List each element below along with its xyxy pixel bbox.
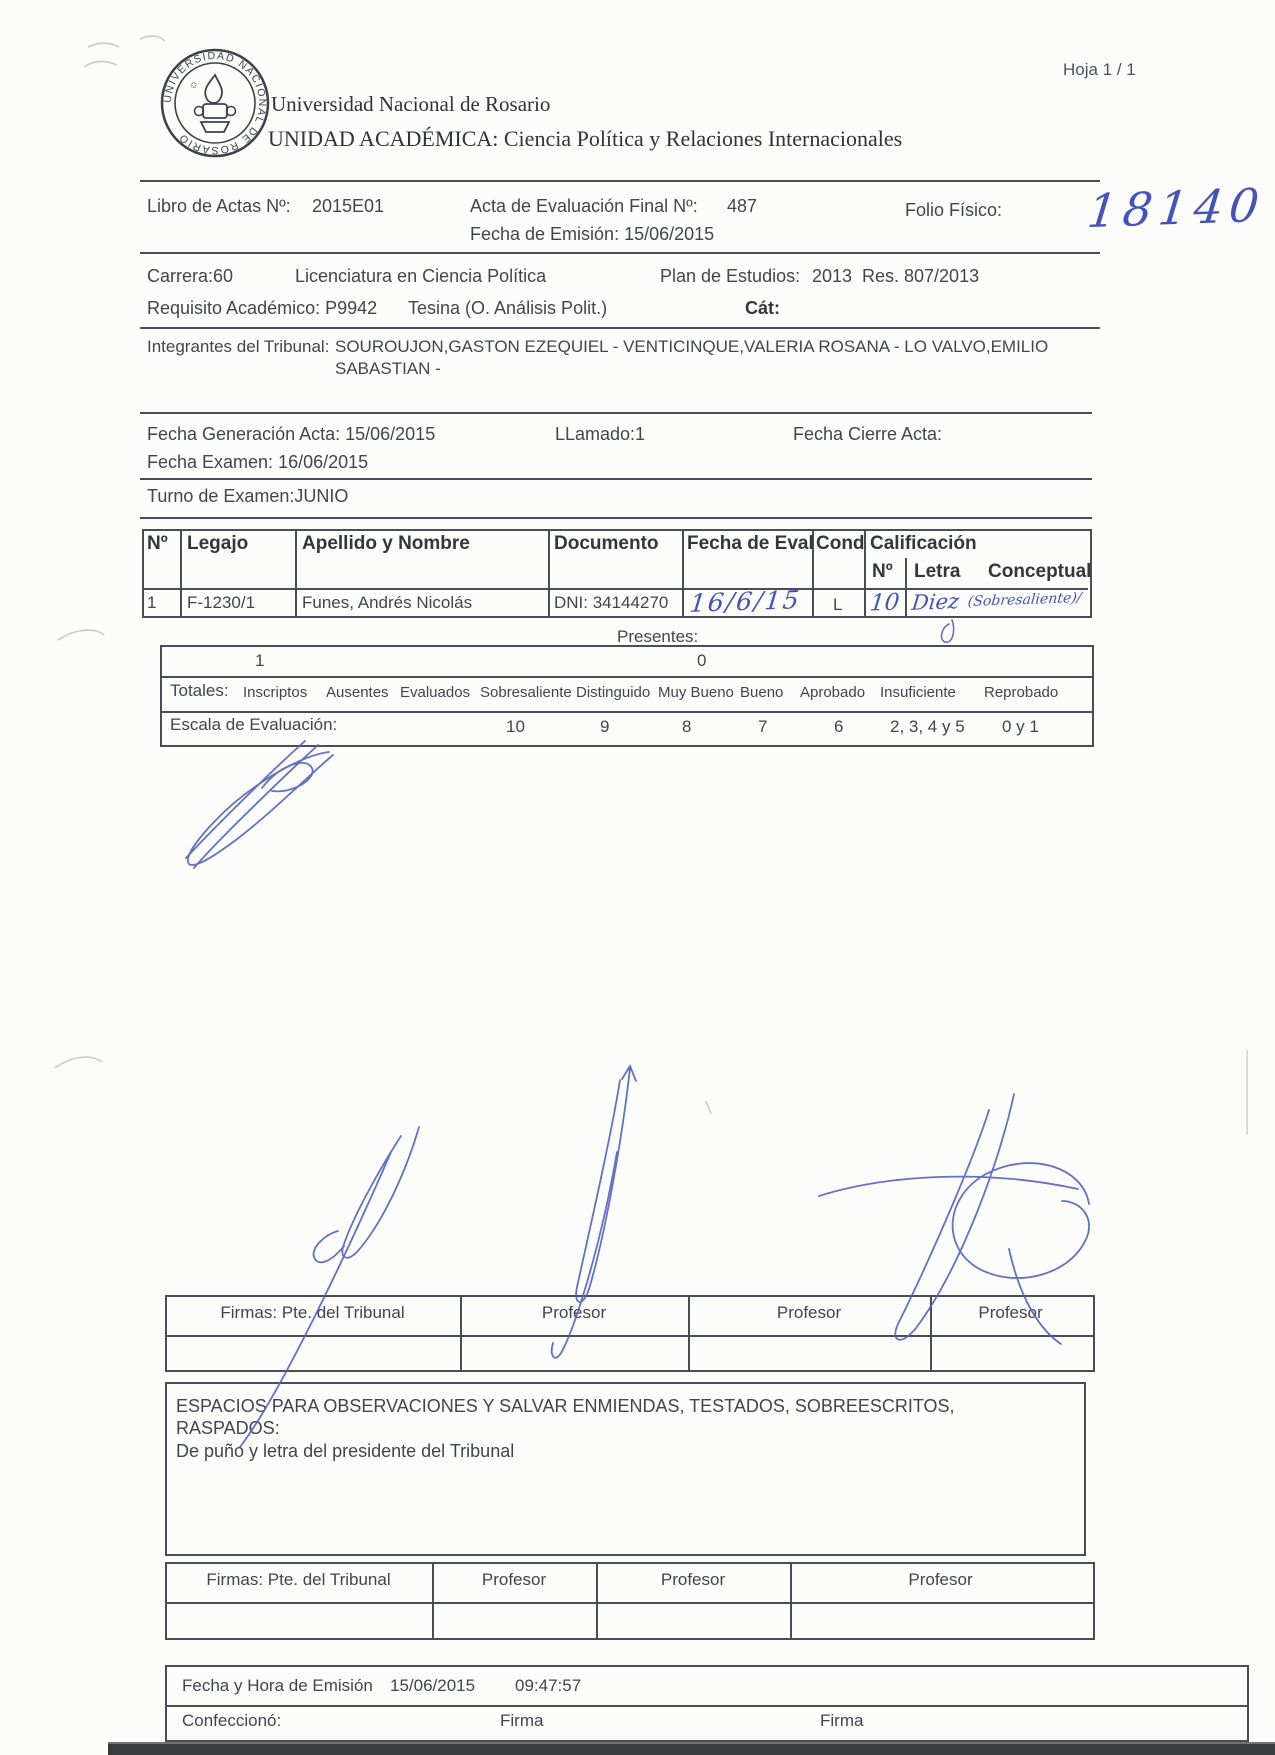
signature-stroke — [819, 1177, 1078, 1196]
totals-row-divider — [160, 711, 1092, 713]
categoria-reprobado: Reprobado — [984, 684, 1058, 701]
escala-7: 7 — [758, 717, 767, 737]
col-header-calificacion: Calificación — [870, 533, 977, 555]
libro-actas-value: 2015E01 — [312, 196, 384, 217]
confecciono-label: Confeccionó: — [182, 1711, 281, 1731]
plan-estudios-label: Plan de Estudios: — [660, 266, 800, 287]
separator-line — [140, 252, 1100, 254]
separator-line — [140, 517, 1092, 519]
firmas-table-1-divider — [165, 1335, 1093, 1337]
signature-stroke — [342, 1127, 419, 1258]
col-header-legajo: Legajo — [187, 533, 248, 555]
row-n: 1 — [147, 593, 156, 613]
fecha-hora-emision-label: Fecha y Hora de Emisión — [182, 1676, 373, 1696]
footer-divider — [165, 1705, 1247, 1707]
firmas1-profesor-label: Profesor — [688, 1303, 930, 1323]
firmas2-profesor-label: Profesor — [596, 1570, 790, 1590]
pencil-mark — [58, 630, 104, 640]
pencil-mark — [706, 1101, 711, 1114]
fecha-cierre: Fecha Cierre Acta: — [793, 424, 942, 445]
pencil-mark — [88, 43, 119, 47]
handwriting-loop — [942, 620, 954, 642]
unr-logo-seal: UNIVERSIDAD NACIONAL DE ROSARIO ✩ — [158, 44, 272, 162]
scanned-acta-document: UNIVERSIDAD NACIONAL DE ROSARIO ✩ Univer… — [0, 0, 1275, 1755]
llamado: LLamado:1 — [555, 424, 645, 445]
catedra-label: Cát: — [745, 298, 780, 319]
tribunal-members-line1: SOUROUJON,GASTON EZEQUIEL - VENTICINQUE,… — [335, 337, 1048, 357]
firmas1-pte-label: Firmas: Pte. del Tribunal — [165, 1303, 460, 1323]
separator-line — [140, 327, 1100, 329]
page-counter: Hoja 1 / 1 — [1063, 60, 1136, 80]
col-header-cond: Cond — [816, 533, 865, 555]
presentes-count: 0 — [697, 651, 706, 671]
fecha-emision: Fecha de Emisión: 15/06/2015 — [470, 224, 714, 245]
escala-label: Escala de Evaluación: — [170, 715, 337, 735]
turno-examen: Turno de Examen:JUNIO — [147, 486, 348, 507]
svg-text:UNIVERSIDAD NACIONAL DE ROSARI: UNIVERSIDAD NACIONAL DE ROSARIO — [162, 50, 268, 156]
signature-stroke — [194, 745, 318, 868]
categoria-distinguido: Distinguido — [576, 684, 650, 701]
totals-row-divider — [160, 676, 1092, 678]
firmas1-profesor-label: Profesor — [460, 1303, 688, 1323]
academic-unit: UNIDAD ACADÉMICA: Ciencia Política y Rel… — [268, 126, 902, 151]
signature-stroke — [188, 752, 333, 865]
col-header-apellido: Apellido y Nombre — [302, 533, 470, 555]
escala-8: 8 — [682, 717, 691, 737]
logo-flame-icon — [205, 75, 222, 103]
col-header-fecha-eval: Fecha de Eval — [687, 533, 814, 555]
categoria-evaluados: Evaluados — [400, 684, 470, 701]
requisito-academico: Requisito Académico: P9942 — [147, 298, 377, 319]
acta-numero-value: 487 — [727, 196, 757, 217]
escala-10: 10 — [506, 717, 525, 737]
categoria-muy-bueno: Muy Bueno — [658, 684, 734, 701]
separator-line — [140, 412, 1092, 414]
escala-9: 9 — [600, 717, 609, 737]
tribunal-label: Integrantes del Tribunal: — [147, 337, 329, 357]
firmas1-profesor-label: Profesor — [930, 1303, 1091, 1323]
signature-stroke — [622, 1066, 636, 1081]
escala-6: 6 — [834, 717, 843, 737]
requisito-nombre: Tesina (O. Análisis Polit.) — [408, 298, 607, 319]
col-header-calif-letra: Letra — [914, 561, 960, 583]
signature-stroke — [186, 741, 305, 858]
row-calif-letra-handwritten: Diez — [911, 589, 961, 615]
firma-label-2: Firma — [820, 1711, 863, 1731]
fecha-examen: Fecha Examen: 16/06/2015 — [147, 452, 368, 473]
categoria-sobresaliente: Sobresaliente — [480, 684, 572, 701]
signature-stroke — [314, 1231, 344, 1262]
row-documento: DNI: 34144270 — [554, 593, 668, 613]
table-column-line — [682, 529, 684, 618]
presentes-label: Presentes: — [617, 627, 698, 647]
carrera-nombre: Licenciatura en Ciencia Política — [295, 266, 546, 287]
plan-estudios-value: 2013 — [812, 266, 852, 287]
observaciones-line2: RASPADOS: — [176, 1418, 280, 1439]
escala-reprobado: 0 y 1 — [1002, 717, 1039, 737]
firmas2-profesor-label: Profesor — [790, 1570, 1091, 1590]
row-cond: L — [833, 595, 842, 615]
pencil-mark — [140, 36, 165, 41]
signature-stroke — [576, 1068, 630, 1302]
row-calif-n-handwritten: 10 — [869, 589, 901, 616]
escala-insuficiente: 2, 3, 4 y 5 — [890, 717, 965, 737]
categoria-bueno: Bueno — [740, 684, 783, 701]
scanner-edge-strip — [108, 1742, 1275, 1755]
carrera-code: Carrera:60 — [147, 266, 233, 287]
pencil-mark — [55, 1057, 102, 1068]
categoria-insuficiente: Insuficiente — [880, 684, 956, 701]
pencil-mark — [84, 62, 117, 68]
inscriptos-count: 1 — [255, 651, 264, 671]
hora-emision-value: 09:47:57 — [515, 1676, 581, 1696]
firmas2-profesor-label: Profesor — [432, 1570, 596, 1590]
tribunal-members-line2: SABASTIAN - — [335, 359, 441, 379]
categoria-inscriptos: Inscriptos — [243, 684, 307, 701]
separator-line — [140, 180, 1100, 182]
col-header-documento: Documento — [554, 533, 659, 555]
observaciones-line3: De puño y letra del presidente del Tribu… — [176, 1441, 514, 1462]
signature-stroke — [262, 763, 313, 792]
table-column-line — [180, 529, 182, 618]
col-header-n: Nº — [147, 533, 168, 555]
observaciones-line1: ESPACIOS PARA OBSERVACIONES Y SALVAR ENM… — [176, 1396, 955, 1417]
logo-ring-text: UNIVERSIDAD NACIONAL DE ROSARIO — [162, 50, 268, 156]
categoria-aprobado: Aprobado — [800, 684, 865, 701]
totales-label: Totales: — [170, 681, 229, 701]
signature-stroke — [953, 1163, 1089, 1278]
firma-label-1: Firma — [500, 1711, 543, 1731]
libro-actas-label: Libro de Actas Nº: — [147, 196, 291, 217]
scan-artifact — [1246, 1050, 1248, 1135]
folio-fisico-handwritten: 18140 — [1085, 179, 1268, 238]
table-column-line — [295, 529, 297, 618]
row-fecha-eval-handwritten: 16/6/15 — [688, 586, 802, 619]
row-legajo: F-1230/1 — [187, 593, 255, 613]
folio-fisico-label: Folio Físico: — [905, 200, 1002, 221]
acta-numero-label: Acta de Evaluación Final Nº: — [470, 196, 698, 217]
firmas-table-2-divider — [165, 1602, 1093, 1604]
resolucion: Res. 807/2013 — [862, 266, 979, 287]
university-name: Universidad Nacional de Rosario — [271, 92, 550, 116]
categoria-ausentes: Ausentes — [326, 684, 389, 701]
table-column-line — [548, 529, 550, 618]
firmas2-pte-label: Firmas: Pte. del Tribunal — [165, 1570, 432, 1590]
col-header-calif-conceptual: Conceptual — [988, 561, 1091, 583]
separator-line — [140, 478, 1092, 480]
row-apellido: Funes, Andrés Nicolás — [302, 593, 472, 613]
fecha-emision-value: 15/06/2015 — [390, 1676, 475, 1696]
col-header-calif-n: Nº — [872, 561, 893, 583]
logo-star-icon: ✩ — [190, 80, 198, 90]
fecha-generacion: Fecha Generación Acta: 15/06/2015 — [147, 424, 435, 445]
